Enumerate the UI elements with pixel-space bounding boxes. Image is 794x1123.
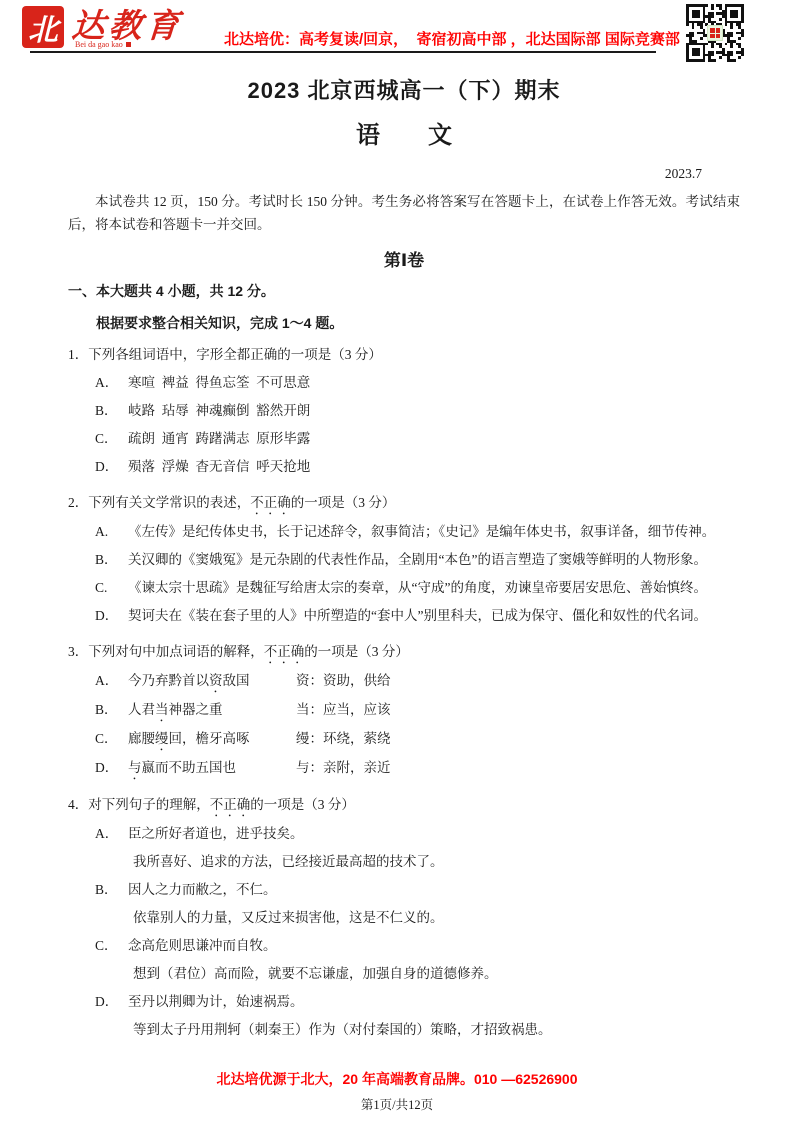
option-3a: A．今乃弃黔首以资敌国资：资助，供给 (95, 667, 740, 696)
question-1-options: A．寒喧 裨益 得鱼忘筌 不可思意 B．岐路 玷辱 神魂癫倒 豁然开朗 C．疏朗… (68, 369, 740, 481)
sentence-text: 嬴而不助五国也 (142, 760, 237, 775)
sentence-text: 廊腰 (128, 731, 155, 746)
stem-text: 的一项是（3 分） (250, 797, 355, 812)
option-label: C． (95, 725, 128, 753)
qr-center-logo (707, 25, 723, 41)
option-sentence: 今乃弃黔首以资敌国 (128, 667, 296, 696)
stem-text: 4．对下列句子的理解， (68, 797, 210, 812)
option-3b: B．人君当神器之重当：应当，应该 (95, 696, 740, 725)
page-header: 北 达教育 Bei da gao kao 北达培优：高考复读/回京， 寄宿初高中… (0, 0, 794, 64)
sentence-text: 今乃弃黔首以 (128, 673, 209, 688)
section-instruction: 根据要求整合相关知识，完成 1～4 题。 (68, 313, 740, 333)
header-divider (30, 51, 656, 53)
question-1: 1．下列各组词语中，字形全都正确的一项是（3 分） A．寒喧 裨益 得鱼忘筌 不… (68, 341, 740, 481)
brand-logo-subtext: Bei da gao kao (75, 40, 131, 49)
option-sentence: 因人之力而敝之，不仁。 (128, 882, 277, 897)
option-4b-explanation: 依靠别人的力量，又反过来损害他，这是不仁义的。 (95, 904, 740, 932)
brand-seal-logo: 北 (22, 6, 64, 48)
option-gloss: 资：资助，供给 (296, 673, 391, 688)
question-2: 2．下列有关文学常识的表述，不正确的一项是（3 分） A.《左传》是纪传体史书，… (68, 489, 740, 630)
volume-title: 第Ⅰ卷 (68, 246, 740, 271)
question-4-stem: 4．对下列句子的理解，不正确的一项是（3 分） (68, 791, 740, 820)
option-text: 契诃夫在《装在套子里的人》中所塑造的“套中人”别里科夫，已成为保守、僵化和奴性的… (128, 608, 707, 623)
option-label: A． (95, 369, 128, 397)
option-4d-explanation: 等到太子丹用荆轲（刺秦王）作为（对付秦国的）策略，才招致祸患。 (95, 1016, 740, 1044)
exam-date: 2023.7 (68, 166, 740, 182)
stem-emphasis: 不正确 (264, 644, 305, 659)
option-sentence: 臣之所好者道也，进乎技矣。 (128, 826, 304, 841)
option-label: B． (95, 696, 128, 724)
option-sentence: 与嬴而不助五国也 (128, 754, 296, 783)
option-2d: D．契诃夫在《装在套子里的人》中所塑造的“套中人”别里科夫，已成为保守、僵化和奴… (95, 602, 740, 630)
option-sentence: 廊腰缦回，檐牙高啄 (128, 725, 296, 754)
footer-promo-text: 北达培优源于北大，20 年高端教育品牌。010 —62526900 (0, 1069, 794, 1089)
document-body: 2023 北京西城高一（下）期末 语 文 2023.7 本试卷共 12 页，15… (68, 74, 740, 1044)
question-1-stem: 1．下列各组词语中，字形全都正确的一项是（3 分） (68, 341, 740, 369)
option-label: A． (95, 667, 128, 695)
page-footer: 北达培优源于北大，20 年高端教育品牌。010 —62526900 第1页/共1… (0, 1069, 794, 1113)
option-label: D． (95, 602, 128, 630)
option-1a: A．寒喧 裨益 得鱼忘筌 不可思意 (95, 369, 740, 397)
option-4c-explanation: 想到（君位）高而险，就要不忘谦虚，加强自身的道德修养。 (95, 960, 740, 988)
option-gloss: 缦：环绕，萦绕 (296, 731, 391, 746)
option-4a: A．臣之所好者道也，进乎技矣。 (95, 820, 740, 848)
option-label: C． (95, 932, 128, 960)
option-label: D． (95, 988, 128, 1016)
stem-text: 2．下列有关文学常识的表述， (68, 495, 250, 510)
option-text: 《谏太宗十思疏》是魏征写给唐太宗的奏章，从“守成”的角度，劝谏皇帝要居安思危、善… (128, 580, 707, 595)
option-gloss: 当：应当，应该 (296, 702, 391, 717)
option-text: 《左传》是纪传体史书，长于记述辞令，叙事简洁；《史记》是编年体史书，叙事详备，细… (128, 524, 715, 539)
sentence-text: 人君 (128, 702, 155, 717)
option-label: B． (95, 546, 128, 574)
option-gloss: 与：亲附，亲近 (296, 760, 391, 775)
option-text: 关汉卿的《窦娥冤》是元杂剧的代表性作品，全剧用“本色”的语言塑造了窦娥等鲜明的人… (128, 552, 707, 567)
sentence-text: 敌国 (223, 673, 250, 688)
question-4-options: A．臣之所好者道也，进乎技矣。 我所喜好、追求的方法，已经接近最高超的技术了。 … (68, 820, 740, 1044)
section-heading: 一、本大题共 4 小题，共 12 分。 (68, 281, 740, 301)
exam-title: 2023 北京西城高一（下）期末 (68, 74, 740, 105)
option-2a: A.《左传》是纪传体史书，长于记述辞令，叙事简洁；《史记》是编年体史书，叙事详备… (95, 518, 740, 546)
stem-text: 3．下列对句中加点词语的解释， (68, 644, 264, 659)
question-3: 3．下列对句中加点词语的解释，不正确的一项是（3 分） A．今乃弃黔首以资敌国资… (68, 638, 740, 783)
sentence-emphasis: 资 (209, 673, 223, 688)
option-2c: C.《谏太宗十思疏》是魏征写给唐太宗的奏章，从“守成”的角度，劝谏皇帝要居安思危… (95, 574, 740, 602)
option-label: B． (95, 397, 128, 425)
option-text: 寒喧 裨益 得鱼忘筌 不可思意 (128, 375, 310, 390)
sentence-emphasis: 与 (128, 760, 142, 775)
header-tagline: 北达培优：高考复读/回京， 寄宿初高中部 ，北达国际部 国际竞赛部 (224, 28, 680, 49)
option-1c: C．疏朗 通宵 踌躇满志 原形毕露 (95, 425, 740, 453)
option-text: 疏朗 通宵 踌躇满志 原形毕露 (128, 431, 310, 446)
option-1d: D．殒落 浮燥 杳无音信 呼天抢地 (95, 453, 740, 481)
page-number: 第1页/共12页 (0, 1095, 794, 1113)
option-text: 殒落 浮燥 杳无音信 呼天抢地 (128, 459, 310, 474)
option-label: A. (95, 518, 128, 546)
brand-logo-square-mark (126, 42, 131, 47)
sentence-emphasis: 缦 (155, 731, 169, 746)
question-2-options: A.《左传》是纪传体史书，长于记述辞令，叙事简洁；《史记》是编年体史书，叙事详备… (68, 518, 740, 630)
option-sentence: 人君当神器之重 (128, 696, 296, 725)
option-4a-explanation: 我所喜好、追求的方法，已经接近最高超的技术了。 (95, 848, 740, 876)
sentence-text: 神器之重 (169, 702, 223, 717)
sentence-emphasis: 当 (155, 702, 169, 717)
option-sentence: 念高危则思谦冲而自牧。 (128, 938, 277, 953)
stem-text: 的一项是（3 分） (291, 495, 396, 510)
stem-emphasis: 不正确 (250, 495, 291, 510)
option-3d: D．与嬴而不助五国也与：亲附，亲近 (95, 754, 740, 783)
option-label: C. (95, 574, 128, 602)
option-label: D． (95, 453, 128, 481)
option-label: C． (95, 425, 128, 453)
option-text: 岐路 玷辱 神魂癫倒 豁然开朗 (128, 403, 310, 418)
option-3c: C．廊腰缦回，檐牙高啄缦：环绕，萦绕 (95, 725, 740, 754)
option-label: A． (95, 820, 128, 848)
option-2b: B．关汉卿的《窦娥冤》是元杂剧的代表性作品，全剧用“本色”的语言塑造了窦娥等鲜明… (95, 546, 740, 574)
option-4d: D．至丹以荆卿为计，始速祸焉。 (95, 988, 740, 1016)
question-2-stem: 2．下列有关文学常识的表述，不正确的一项是（3 分） (68, 489, 740, 518)
question-3-options: A．今乃弃黔首以资敌国资：资助，供给 B．人君当神器之重当：应当，应该 C．廊腰… (68, 667, 740, 783)
brand-logo-pinyin: Bei da gao kao (75, 40, 123, 49)
question-4: 4．对下列句子的理解，不正确的一项是（3 分） A．臣之所好者道也，进乎技矣。 … (68, 791, 740, 1044)
option-4b: B．因人之力而敝之，不仁。 (95, 876, 740, 904)
option-label: D． (95, 754, 128, 782)
question-3-stem: 3．下列对句中加点词语的解释，不正确的一项是（3 分） (68, 638, 740, 667)
subject-title: 语 文 (68, 115, 740, 150)
stem-emphasis: 不正确 (210, 797, 251, 812)
exam-notice: 本试卷共 12 页，150 分。考试时长 150 分钟。考生务必将答案写在答题卡… (68, 190, 740, 236)
option-4c: C．念高危则思谦冲而自牧。 (95, 932, 740, 960)
stem-text: 的一项是（3 分） (304, 644, 409, 659)
option-1b: B．岐路 玷辱 神魂癫倒 豁然开朗 (95, 397, 740, 425)
option-label: B． (95, 876, 128, 904)
option-sentence: 至丹以荆卿为计，始速祸焉。 (128, 994, 304, 1009)
sentence-text: 回，檐牙高啄 (169, 731, 250, 746)
